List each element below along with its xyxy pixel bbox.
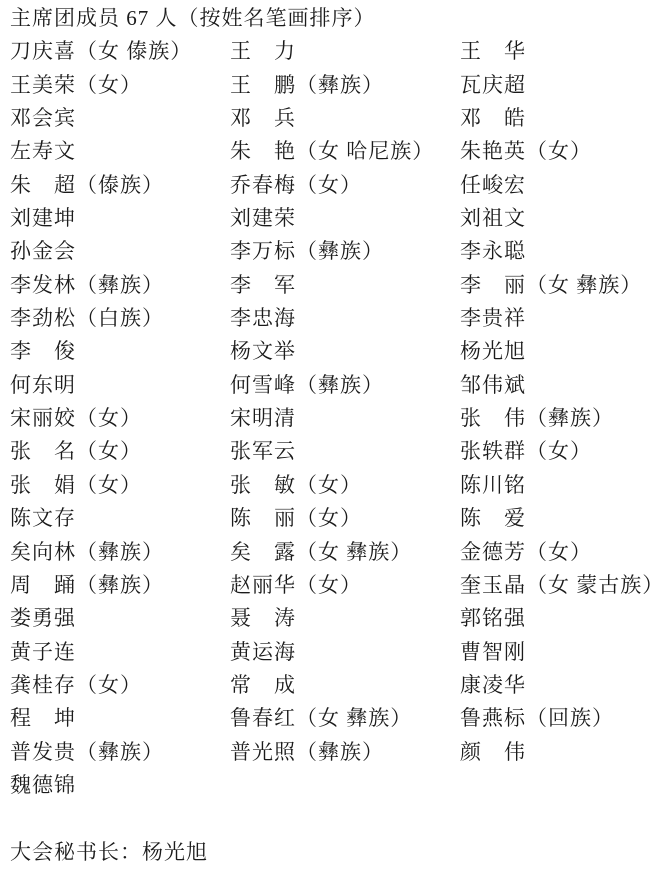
member-name: 曹智刚 xyxy=(460,636,663,669)
member-name: 李发林（彝族） xyxy=(10,269,230,302)
member-row: 周 踊（彝族） 赵丽华（女） 奎玉晶（女 蒙古族） xyxy=(10,569,663,602)
member-name: 矣向林（彝族） xyxy=(10,536,230,569)
member-name: 李贵祥 xyxy=(460,302,663,335)
presidium-member-list: 刀庆喜（女 傣族） 王 力 王 华 王美荣（女） 王 鹏（彝族） 瓦庆超 邓会宾… xyxy=(10,35,663,802)
member-name: 瓦庆超 xyxy=(460,69,663,102)
member-name: 杨文举 xyxy=(230,335,460,368)
member-name: 普发贵（彝族） xyxy=(10,736,230,769)
member-name: 何雪峰（彝族） xyxy=(230,369,460,402)
member-row: 矣向林（彝族） 矣 露（女 彝族） 金德芳（女） xyxy=(10,536,663,569)
member-name: 李 俊 xyxy=(10,335,230,368)
member-row: 陈文存 陈 丽（女） 陈 爱 xyxy=(10,502,663,535)
member-name: 程 坤 xyxy=(10,702,230,735)
member-row: 龚桂存（女） 常 成 康凌华 xyxy=(10,669,663,702)
member-name: 李 丽（女 彝族） xyxy=(460,269,663,302)
member-name xyxy=(460,769,663,802)
member-name: 康凌华 xyxy=(460,669,663,702)
member-row: 娄勇强 聂 涛 郭铭强 xyxy=(10,602,663,635)
member-name: 常 成 xyxy=(230,669,460,702)
member-name xyxy=(230,769,460,802)
member-name: 魏德锦 xyxy=(10,769,230,802)
member-name: 聂 涛 xyxy=(230,602,460,635)
member-name: 陈川铭 xyxy=(460,469,663,502)
member-name: 邓 兵 xyxy=(230,102,460,135)
member-name: 郭铭强 xyxy=(460,602,663,635)
member-row: 李 俊 杨文举 杨光旭 xyxy=(10,335,663,368)
member-row: 普发贵（彝族） 普光照（彝族） 颜 伟 xyxy=(10,736,663,769)
member-name: 宋丽姣（女） xyxy=(10,402,230,435)
member-row: 何东明 何雪峰（彝族） 邹伟斌 xyxy=(10,369,663,402)
member-name: 王 力 xyxy=(230,35,460,68)
member-row: 朱 超（傣族） 乔春梅（女） 任峻宏 xyxy=(10,169,663,202)
member-name: 何东明 xyxy=(10,369,230,402)
member-row: 李劲松（白族） 李忠海 李贵祥 xyxy=(10,302,663,335)
member-name: 陈文存 xyxy=(10,502,230,535)
member-name: 黄运海 xyxy=(230,636,460,669)
member-name: 王美荣（女） xyxy=(10,69,230,102)
member-row: 邓会宾 邓 兵 邓 皓 xyxy=(10,102,663,135)
member-name: 黄子连 xyxy=(10,636,230,669)
member-name: 李永聪 xyxy=(460,235,663,268)
member-name: 朱艳英（女） xyxy=(460,135,663,168)
page-title: 主席团成员 67 人（按姓名笔画排序） xyxy=(10,2,663,35)
member-name: 张 娟（女） xyxy=(10,469,230,502)
member-name: 李劲松（白族） xyxy=(10,302,230,335)
member-name: 张 伟（彝族） xyxy=(460,402,663,435)
member-name: 李万标（彝族） xyxy=(230,235,460,268)
member-row: 黄子连 黄运海 曹智刚 xyxy=(10,636,663,669)
member-name: 颜 伟 xyxy=(460,736,663,769)
member-name: 张军云 xyxy=(230,435,460,468)
member-name: 孙金会 xyxy=(10,235,230,268)
member-name: 鲁春红（女 彝族） xyxy=(230,702,460,735)
member-row: 孙金会 李万标（彝族） 李永聪 xyxy=(10,235,663,268)
member-name: 娄勇强 xyxy=(10,602,230,635)
member-name: 周 踊（彝族） xyxy=(10,569,230,602)
blank-line xyxy=(10,802,663,835)
member-name: 杨光旭 xyxy=(460,335,663,368)
member-row: 左寿文 朱 艳（女 哈尼族） 朱艳英（女） xyxy=(10,135,663,168)
member-name: 邹伟斌 xyxy=(460,369,663,402)
member-row: 魏德锦 xyxy=(10,769,663,802)
member-name: 李 军 xyxy=(230,269,460,302)
member-name: 邓会宾 xyxy=(10,102,230,135)
member-name: 陈 爱 xyxy=(460,502,663,535)
member-name: 左寿文 xyxy=(10,135,230,168)
member-name: 宋明清 xyxy=(230,402,460,435)
member-row: 张 娟（女） 张 敏（女） 陈川铭 xyxy=(10,469,663,502)
member-name: 张轶群（女） xyxy=(460,435,663,468)
member-row: 李发林（彝族） 李 军 李 丽（女 彝族） xyxy=(10,269,663,302)
member-row: 王美荣（女） 王 鹏（彝族） 瓦庆超 xyxy=(10,69,663,102)
member-name: 鲁燕标（回族） xyxy=(460,702,663,735)
member-name: 刘建坤 xyxy=(10,202,230,235)
member-name: 矣 露（女 彝族） xyxy=(230,536,460,569)
member-name: 王 鹏（彝族） xyxy=(230,69,460,102)
member-row: 程 坤 鲁春红（女 彝族） 鲁燕标（回族） xyxy=(10,702,663,735)
member-name: 龚桂存（女） xyxy=(10,669,230,702)
member-name: 邓 皓 xyxy=(460,102,663,135)
member-name: 李忠海 xyxy=(230,302,460,335)
member-name: 刘建荣 xyxy=(230,202,460,235)
member-name: 金德芳（女） xyxy=(460,536,663,569)
secretary-line: 大会秘书长：杨光旭 xyxy=(10,836,663,869)
member-name: 普光照（彝族） xyxy=(230,736,460,769)
member-name: 刘祖文 xyxy=(460,202,663,235)
member-name: 奎玉晶（女 蒙古族） xyxy=(460,569,664,602)
member-name: 赵丽华（女） xyxy=(230,569,460,602)
member-name: 乔春梅（女） xyxy=(230,169,460,202)
member-name: 张 敏（女） xyxy=(230,469,460,502)
member-row: 刘建坤 刘建荣 刘祖文 xyxy=(10,202,663,235)
document-page: 主席团成员 67 人（按姓名笔画排序） 刀庆喜（女 傣族） 王 力 王 华 王美… xyxy=(0,0,671,873)
member-name: 王 华 xyxy=(460,35,663,68)
member-row: 宋丽姣（女） 宋明清 张 伟（彝族） xyxy=(10,402,663,435)
member-name: 陈 丽（女） xyxy=(230,502,460,535)
member-name: 刀庆喜（女 傣族） xyxy=(10,35,230,68)
member-name: 朱 超（傣族） xyxy=(10,169,230,202)
member-row: 张 名（女） 张军云 张轶群（女） xyxy=(10,435,663,468)
member-name: 任峻宏 xyxy=(460,169,663,202)
member-name: 张 名（女） xyxy=(10,435,230,468)
member-name: 朱 艳（女 哈尼族） xyxy=(230,135,460,168)
member-row: 刀庆喜（女 傣族） 王 力 王 华 xyxy=(10,35,663,68)
